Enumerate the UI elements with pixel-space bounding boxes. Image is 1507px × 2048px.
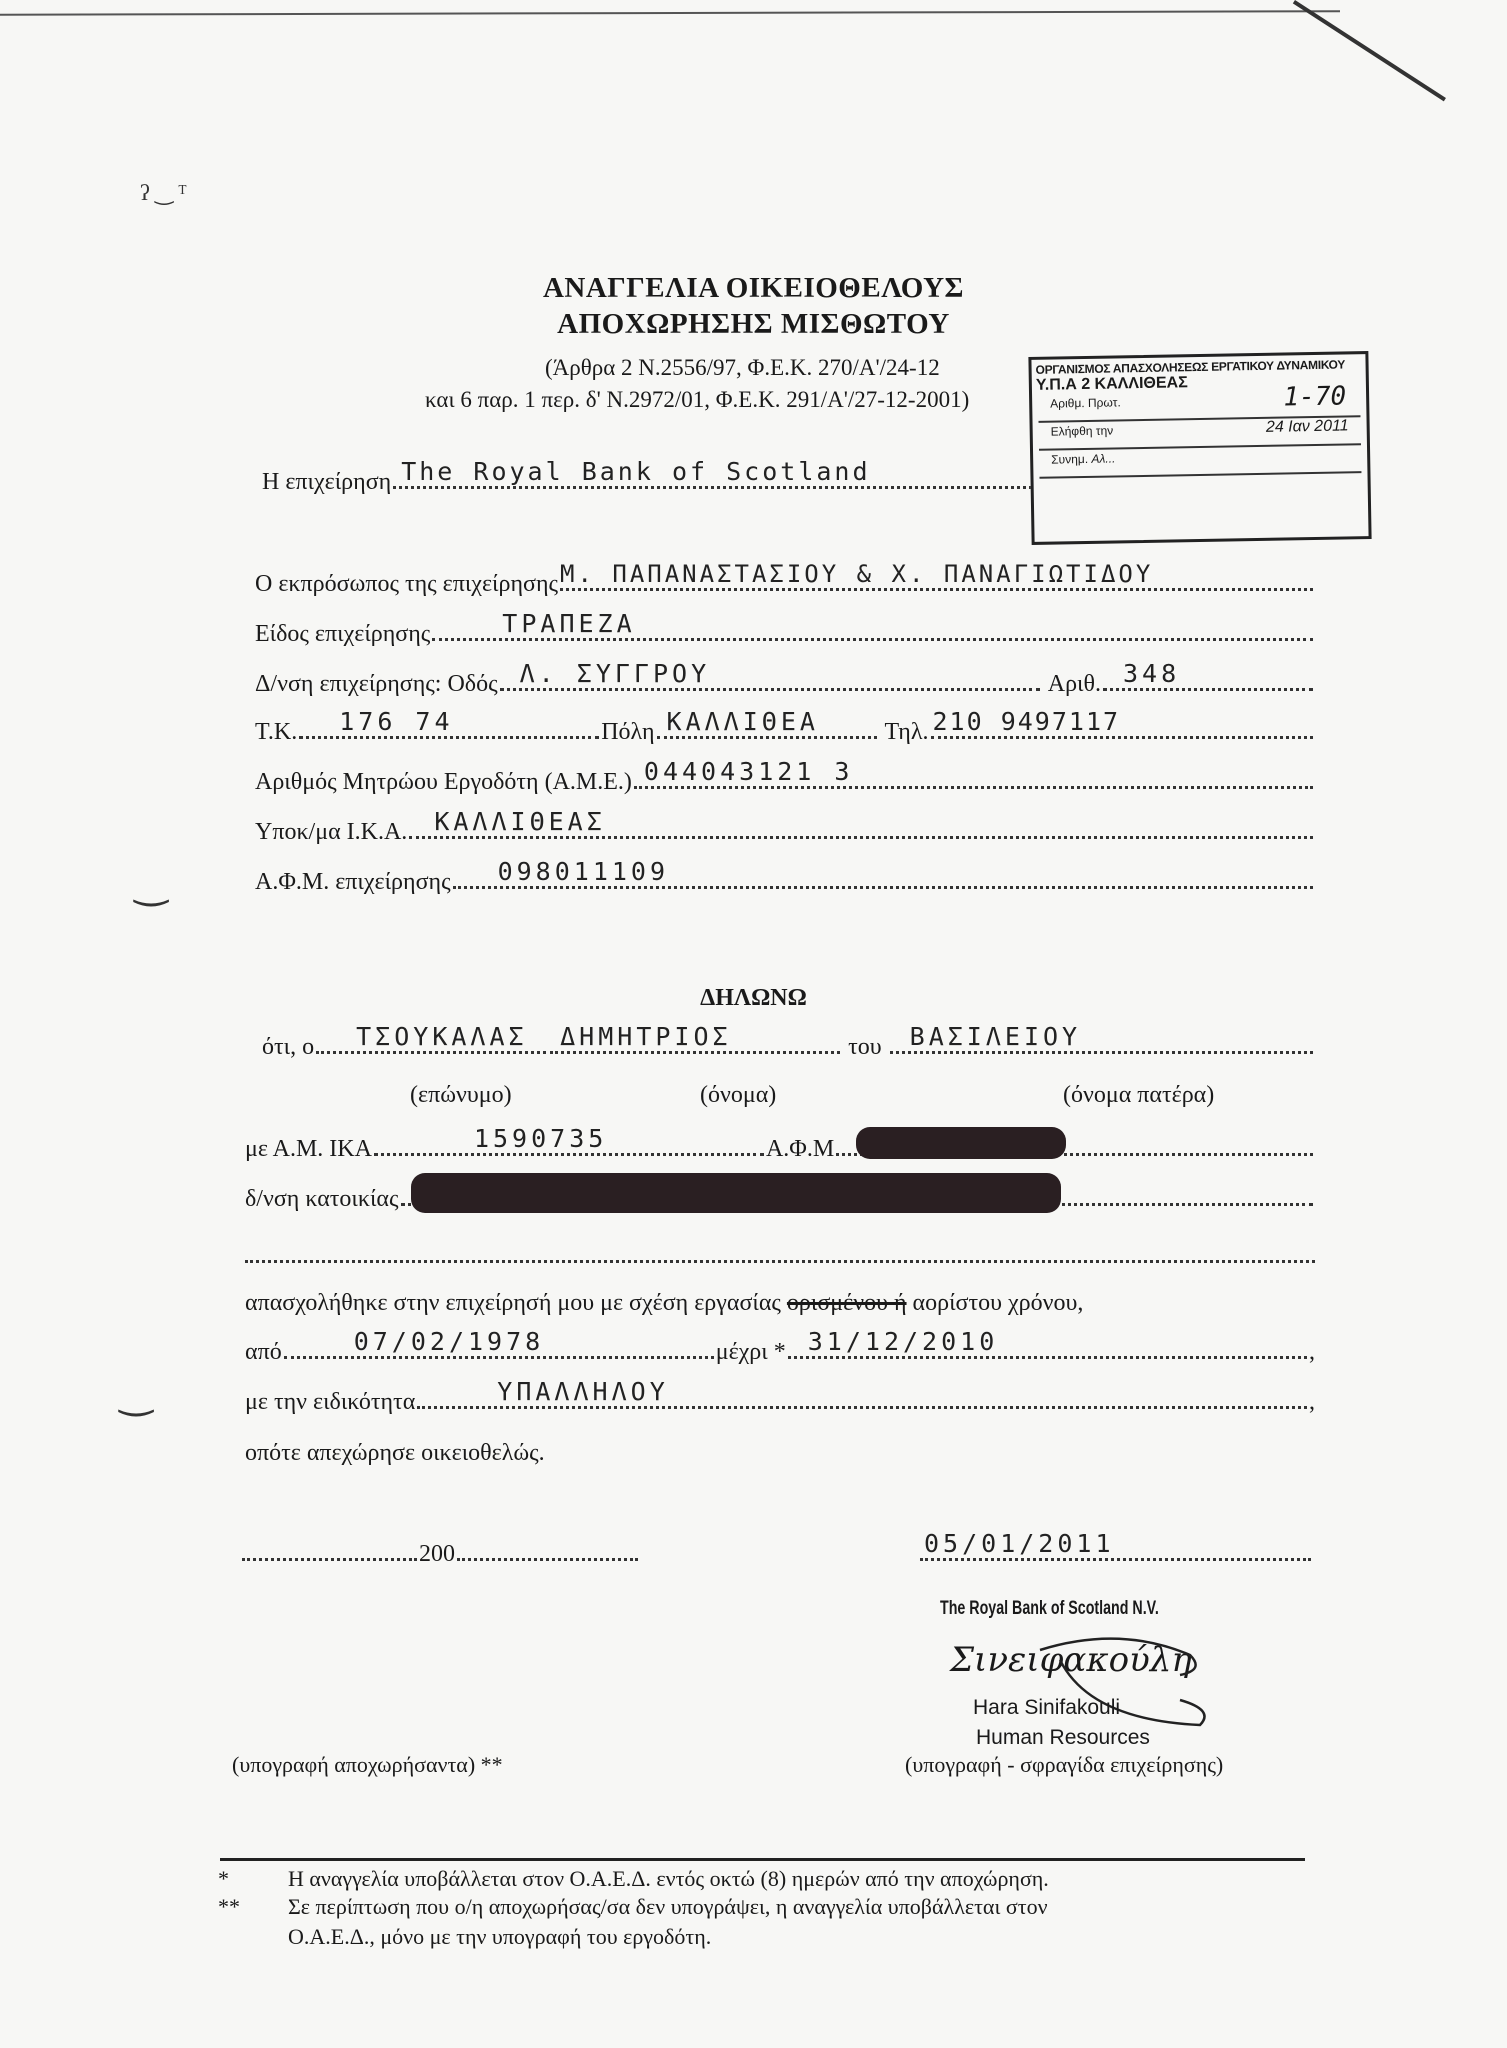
footnote-2-mark: ** [218, 1894, 240, 1920]
street-value: Λ. ΣΥΓΓΡΟΥ [520, 659, 711, 688]
employee-address-field[interactable]: δ/νση κατοικίας [245, 1185, 1315, 1213]
first-name-caption: (όνομα) [700, 1082, 776, 1109]
oaed-received-stamp: ΟΡΓΑΝΙΣΜΟΣ ΑΠΑΣΧΟΛΗΣΕΩΣ ΕΡΓΑΤΙΚΟΥ ΔΥΝΑΜΙ… [1028, 351, 1371, 545]
ame-value: 044043121 3 [644, 757, 854, 786]
address-continuation-line[interactable] [245, 1260, 1315, 1263]
stamp-protocol-value: 1-70 [1283, 381, 1346, 412]
footnote-2-continuation: Ο.Α.Ε.Δ., μόνο με την υπογραφή του εργοδ… [288, 1924, 711, 1950]
ame-field[interactable]: Αριθμός Μητρώου Εργοδότη (Α.Μ.Ε.) 044043… [255, 768, 1315, 796]
business-field[interactable]: Η επιχείρηση The Royal Bank of Scotland [262, 468, 1082, 496]
redacted-employee-address [411, 1173, 1061, 1213]
postcode-value: 176 74 [339, 707, 453, 736]
punch-hole-mark: ‿ [135, 860, 167, 907]
redacted-employee-afm [856, 1127, 1066, 1159]
representative-value: Μ. ΠΑΠΑΝΑΣΤΑΣΙΟΥ & Χ. ΠΑΝΑΓΙΩΤΙΔΟΥ [560, 560, 1153, 588]
scan-corner-mark [1293, 0, 1446, 101]
surname-caption: (επώνυμο) [410, 1082, 512, 1109]
start-date-value: 07/02/1978 [354, 1327, 545, 1356]
company-stamp: The Royal Bank of Scotland N.V. [940, 1598, 1159, 1620]
business-value: The Royal Bank of Scotland [401, 457, 870, 486]
footnote-1-mark: * [218, 1866, 229, 1892]
footnote-1-text: Η αναγγελία υποβάλλεται στον Ο.Α.Ε.Δ. εν… [288, 1866, 1049, 1892]
business-afm-value: 098011109 [498, 857, 669, 886]
signature-date-value: 05/01/2011 [924, 1529, 1115, 1558]
scan-mark: ʔ ‿ ᵀ [140, 180, 186, 206]
declaration-heading: ΔΗΛΩΝΩ [0, 985, 1507, 1012]
father-name-caption: (όνομα πατέρα) [1063, 1082, 1214, 1109]
first-name-value: ΔΗΜΗΤΡΙΟΣ [560, 1022, 731, 1051]
employment-period-field[interactable]: από 07/02/1978 μέχρι * 31/12/2010 , [245, 1338, 1315, 1366]
employee-signature-caption: (υπογραφή αποχωρήσαντα) ** [232, 1752, 503, 1778]
business-address-field[interactable]: Δ/νση επιχείρησης: Οδός Λ. ΣΥΓΓΡΟΥ Αριθ.… [255, 670, 1315, 698]
employment-type-text: απασχολήθηκε στην επιχείρησή μου με σχέσ… [245, 1290, 1083, 1317]
employee-name-field[interactable]: ότι, ο ΤΣΟΥΚΑΛΑΣ ΔΗΜΗΤΡΙΟΣ του ΒΑΣΙΛΕΙΟΥ [262, 1033, 1315, 1061]
stamp-received-value: 24 Ιαν 2011 [1266, 417, 1349, 436]
punch-hole-mark: ‿ [120, 1370, 152, 1417]
stamp-attachments-row: Συνημ. Αλ... [1039, 445, 1361, 479]
end-date-value: 31/12/2010 [808, 1327, 999, 1356]
city-value: ΚΑΛΛΙΘΕΑ [667, 707, 819, 736]
scan-edge-line [0, 10, 1340, 16]
representative-field[interactable]: Ο εκπρόσωπος της επιχείρησης Μ. ΠΑΠΑΝΑΣΤ… [255, 570, 1315, 598]
ika-branch-value: ΚΑΛΛΙΘΕΑΣ [434, 807, 605, 836]
form-subtitle: ΑΠΟΧΩΡΗΣΗΣ ΜΙΣΘΩΤΟΥ [0, 308, 1507, 341]
specialty-value: ΥΠΑΛΛΗΛΟΥ [497, 1377, 668, 1406]
legal-reference-2: και 6 παρ. 1 περ. δ' Ν.2972/01, Φ.Ε.Κ. 2… [425, 387, 969, 413]
business-type-field[interactable]: Είδος επιχείρησης ΤΡΑΠΕΖΑ [255, 620, 1315, 648]
place-date-field-left[interactable]: 200 [240, 1540, 640, 1568]
closing-statement: οπότε απεχώρησε οικειοθελώς. [245, 1440, 545, 1467]
form-title: ΑΝΑΓΓΕΛΙΑ ΟΙΚΕΙΟΘΕΛΟΥΣ [0, 272, 1507, 305]
employer-signature-caption: (υπογραφή - σφραγίδα επιχείρησης) [905, 1752, 1223, 1778]
business-type-value: ΤΡΑΠΕΖΑ [502, 609, 635, 638]
postcode-city-phone-field[interactable]: Τ.Κ. 176 74 Πόλη ΚΑΛΛΙΘΕΑ Τηλ. 210 94971… [255, 718, 1315, 746]
legal-reference-1: (Άρθρα 2 Ν.2556/97, Φ.Ε.Κ. 270/Α'/24-12 [545, 355, 940, 381]
signature-loop [1030, 1630, 1210, 1740]
surname-value: ΤΣΟΥΚΑΛΑΣ [356, 1022, 527, 1051]
father-name-value: ΒΑΣΙΛΕΙΟΥ [910, 1022, 1081, 1051]
street-number-value: 348 [1123, 659, 1180, 688]
phone-value: 210 9497117 [933, 707, 1121, 736]
place-date-field-right[interactable]: 05/01/2011 [918, 1540, 1313, 1561]
employee-ika-am-value: 1590735 [474, 1124, 607, 1153]
signer-department: Human Resources [976, 1726, 1150, 1750]
business-afm-field[interactable]: Α.Φ.Μ. επιχείρησης 098011109 [255, 868, 1315, 896]
specialty-field[interactable]: με την ειδικότητα ΥΠΑΛΛΗΛΟΥ , [245, 1388, 1315, 1416]
ika-branch-field[interactable]: Υποκ/μα Ι.Κ.Α. ΚΑΛΛΙΘΕΑΣ [255, 818, 1315, 846]
signer-name: Hara Sinifakouli [973, 1696, 1120, 1720]
struck-fixed-term: ορισμένου ή [787, 1290, 907, 1316]
footnote-2-text: Σε περίπτωση που ο/η αποχωρήσας/σα δεν υ… [288, 1894, 1048, 1920]
employee-ika-afm-field[interactable]: με Α.Μ. ΙΚΑ 1590735 Α.Φ.Μ [245, 1135, 1315, 1163]
business-label: Η επιχείρηση [262, 469, 391, 496]
footnote-divider [220, 1858, 1305, 1861]
